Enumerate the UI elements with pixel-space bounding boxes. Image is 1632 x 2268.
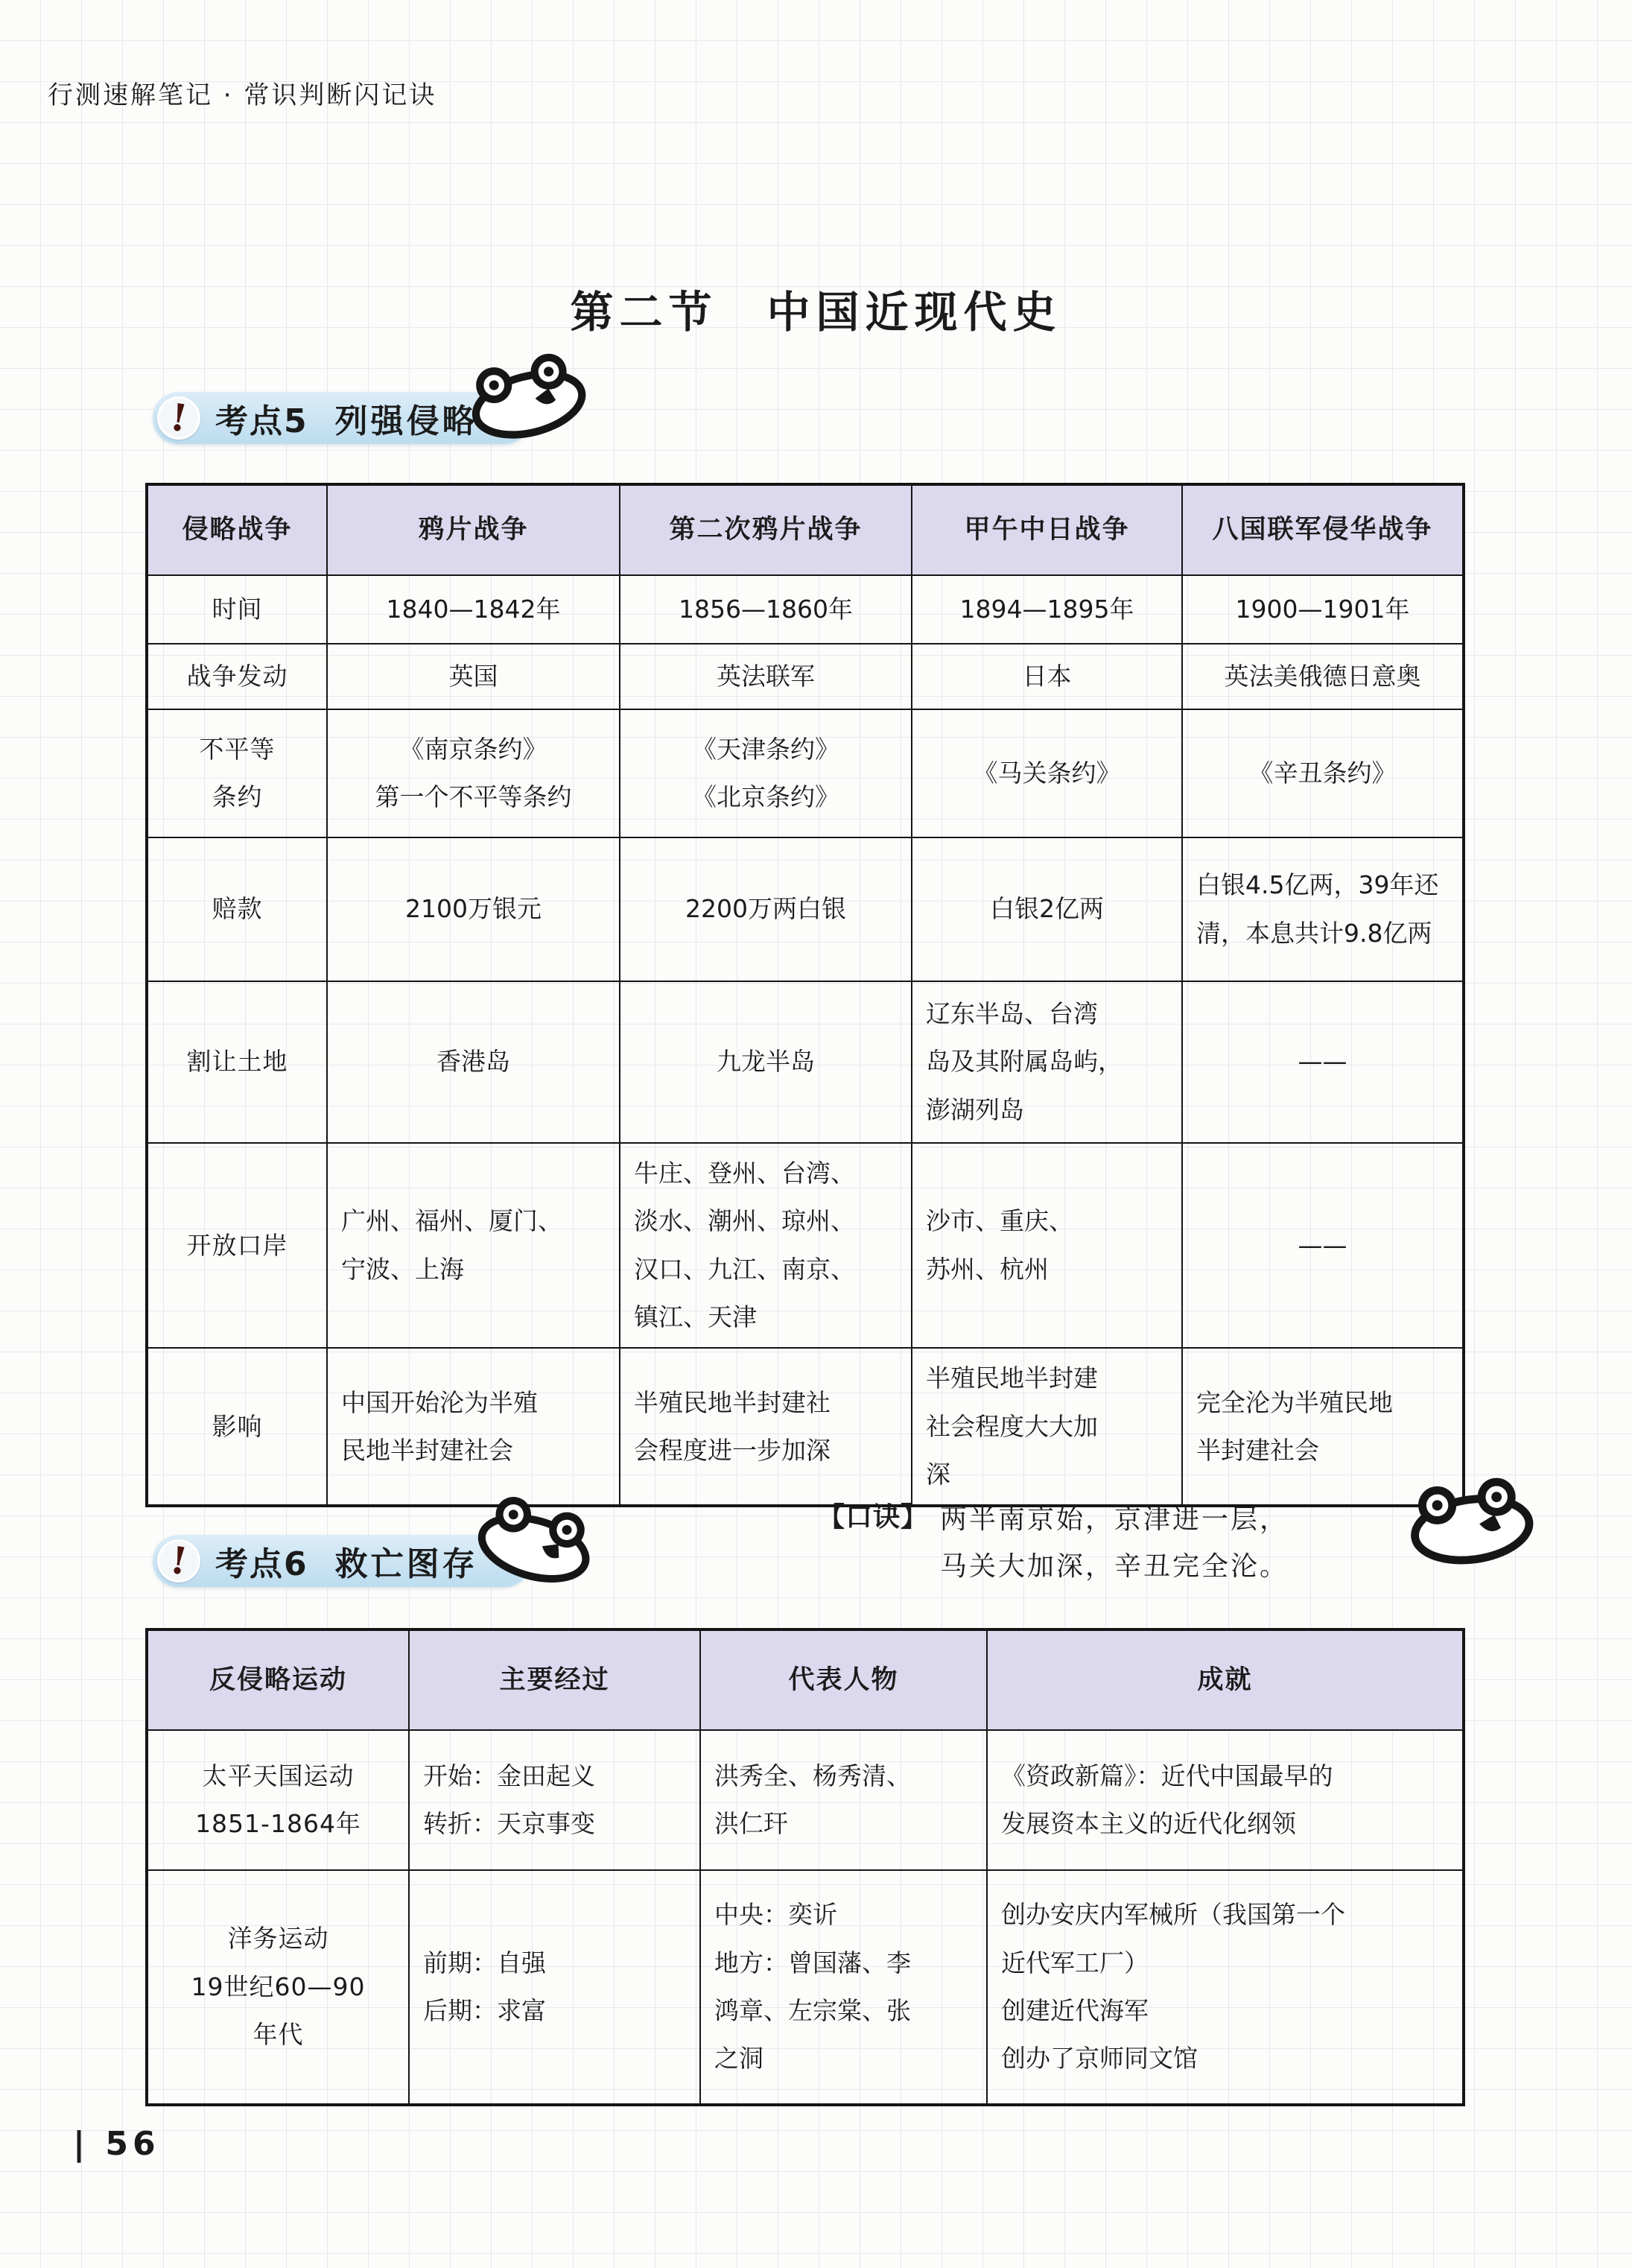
column-header: 第二次鸦片战争: [620, 484, 912, 575]
table-cell: 九龙半岛: [620, 981, 912, 1143]
table-cell: 英法联军: [620, 644, 912, 709]
row-label: 割让土地: [147, 981, 327, 1143]
table-cell: 半殖民地半封建 社会程度大大加 深: [912, 1348, 1182, 1506]
table-cell: 《南京条约》 第一个不平等条约: [327, 709, 620, 837]
table-cell: 白银4.5亿两，39年还清，本息共计9.8亿两: [1182, 837, 1464, 981]
table-cell: 沙市、重庆、 苏州、杭州: [912, 1143, 1182, 1348]
table-cell: ——: [1182, 981, 1464, 1143]
mnemonic-label: 【口诀】: [818, 1496, 928, 1534]
notebook-page: 行测速解笔记 · 常识判断闪记诀 第二节 中国近现代史 ! 考点5 列强侵略 侵…: [0, 0, 1632, 2268]
table-cell: 1894—1895年: [912, 575, 1182, 644]
table-cell: 辽东半岛、台湾 岛及其附属岛屿， 澎湖列岛: [912, 981, 1182, 1143]
table-cell: 前期：自强 后期：求富: [409, 1870, 700, 2105]
table-cell: 英国: [327, 644, 620, 709]
column-header: 八国联军侵华战争: [1182, 484, 1464, 575]
running-header: 行测速解笔记 · 常识判断闪记诀: [48, 75, 436, 111]
table-cell: 香港岛: [327, 981, 620, 1143]
table-row: 赔款 2100万银元 2200万两白银 白银2亿两 白银4.5亿两，39年还清，…: [147, 837, 1464, 981]
table-cell: 牛庄、登州、台湾、 淡水、潮州、琼州、 汉口、九江、南京、 镇江、天津: [620, 1143, 912, 1348]
section-title: 救亡图存: [335, 1537, 478, 1585]
table-cell: 半殖民地半封建社 会程度进一步加深: [620, 1348, 912, 1506]
row-label: 影响: [147, 1348, 327, 1506]
table-cell: ——: [1182, 1143, 1464, 1348]
column-header: 成就: [987, 1629, 1464, 1730]
table-row: 开放口岸 广州、福州、厦门、 宁波、上海 牛庄、登州、台湾、 淡水、潮州、琼州、…: [147, 1143, 1464, 1348]
row-label: 开放口岸: [147, 1143, 327, 1348]
frog-doodle-icon: [1403, 1473, 1540, 1573]
column-header: 侵略战争: [147, 484, 327, 575]
salvation-movements-table: 反侵略运动 主要经过 代表人物 成就 太平天国运动 1851-1864年 开始：…: [145, 1628, 1465, 2106]
invasion-wars-table: 侵略战争 鸦片战争 第二次鸦片战争 甲午中日战争 八国联军侵华战争 时间 184…: [145, 483, 1465, 1507]
page-title: 第二节 中国近现代史: [0, 277, 1632, 340]
table-cell: 英法美俄德日意奥: [1182, 644, 1464, 709]
table-row: 影响 中国开始沦为半殖 民地半封建社会 半殖民地半封建社 会程度进一步加深 半殖…: [147, 1348, 1464, 1506]
table-row: 不平等 条约 《南京条约》 第一个不平等条约 《天津条约》 《北京条约》 《马关…: [147, 709, 1464, 837]
table-cell: 广州、福州、厦门、 宁波、上海: [327, 1143, 620, 1348]
table-row: 战争发动 英国 英法联军 日本 英法美俄德日意奥: [147, 644, 1464, 709]
table-row: 割让土地 香港岛 九龙半岛 辽东半岛、台湾 岛及其附属岛屿， 澎湖列岛 ——: [147, 981, 1464, 1143]
row-label: 时间: [147, 575, 327, 644]
row-label: 洋务运动 19世纪60—90 年代: [147, 1870, 409, 2105]
table-cell: 1856—1860年: [620, 575, 912, 644]
table-header-row: 反侵略运动 主要经过 代表人物 成就: [147, 1629, 1464, 1730]
table-row: 洋务运动 19世纪60—90 年代 前期：自强 后期：求富 中央：奕䜣 地方：曾…: [147, 1870, 1464, 2105]
section-title: 列强侵略: [335, 394, 478, 442]
column-header: 主要经过: [409, 1629, 700, 1730]
table-cell: 开始：金田起义 转折：天京事变: [409, 1730, 700, 1870]
frog-doodle-icon: [460, 346, 595, 450]
table-cell: 2200万两白银: [620, 837, 912, 981]
section-number: 考点6: [215, 1537, 308, 1585]
table-cell: 洪秀全、杨秀清、 洪仁玕: [700, 1730, 987, 1870]
column-header: 代表人物: [700, 1629, 987, 1730]
table-cell: 《辛丑条约》: [1182, 709, 1464, 837]
row-label: 赔款: [147, 837, 327, 981]
table-cell: 1840—1842年: [327, 575, 620, 644]
mnemonic-block: 【口诀】 两半南京始，京津进一层， 马关大加深，辛丑完全沦。: [818, 1496, 1289, 1590]
mnemonic-text: 两半南京始，京津进一层， 马关大加深，辛丑完全沦。: [940, 1496, 1289, 1590]
table-row: 太平天国运动 1851-1864年 开始：金田起义 转折：天京事变 洪秀全、杨秀…: [147, 1730, 1464, 1870]
row-label: 战争发动: [147, 644, 327, 709]
column-header: 甲午中日战争: [912, 484, 1182, 575]
exclamation-icon: !: [157, 396, 200, 440]
table-cell: 中国开始沦为半殖 民地半封建社会: [327, 1348, 620, 1506]
column-header: 反侵略运动: [147, 1629, 409, 1730]
table-cell: 完全沦为半殖民地 半封建社会: [1182, 1348, 1464, 1506]
table-cell: 《资政新篇》：近代中国最早的 发展资本主义的近代化纲领: [987, 1730, 1464, 1870]
table-cell: 1900—1901年: [1182, 575, 1464, 644]
table-cell: 中央：奕䜣 地方：曾国藩、李 鸿章、左宗棠、张 之洞: [700, 1870, 987, 2105]
exclamation-icon: !: [157, 1539, 200, 1583]
table-cell: 白银2亿两: [912, 837, 1182, 981]
row-label: 不平等 条约: [147, 709, 327, 837]
table-cell: 《马关条约》: [912, 709, 1182, 837]
table-cell: 创办安庆内军械所（我国第一个 近代军工厂） 创建近代海军 创办了京师同文馆: [987, 1870, 1464, 2105]
section-number: 考点5: [215, 394, 308, 442]
page-number: | 56: [73, 2125, 160, 2163]
table-cell: 日本: [912, 644, 1182, 709]
table-cell: 2100万银元: [327, 837, 620, 981]
mnemonic-line: 两半南京始，京津进一层，: [940, 1496, 1289, 1543]
row-label: 太平天国运动 1851-1864年: [147, 1730, 409, 1870]
table-cell: 《天津条约》 《北京条约》: [620, 709, 912, 837]
table-header-row: 侵略战争 鸦片战争 第二次鸦片战争 甲午中日战争 八国联军侵华战争: [147, 484, 1464, 575]
table-row: 时间 1840—1842年 1856—1860年 1894—1895年 1900…: [147, 575, 1464, 644]
column-header: 鸦片战争: [327, 484, 620, 575]
mnemonic-line: 马关大加深，辛丑完全沦。: [940, 1543, 1289, 1590]
